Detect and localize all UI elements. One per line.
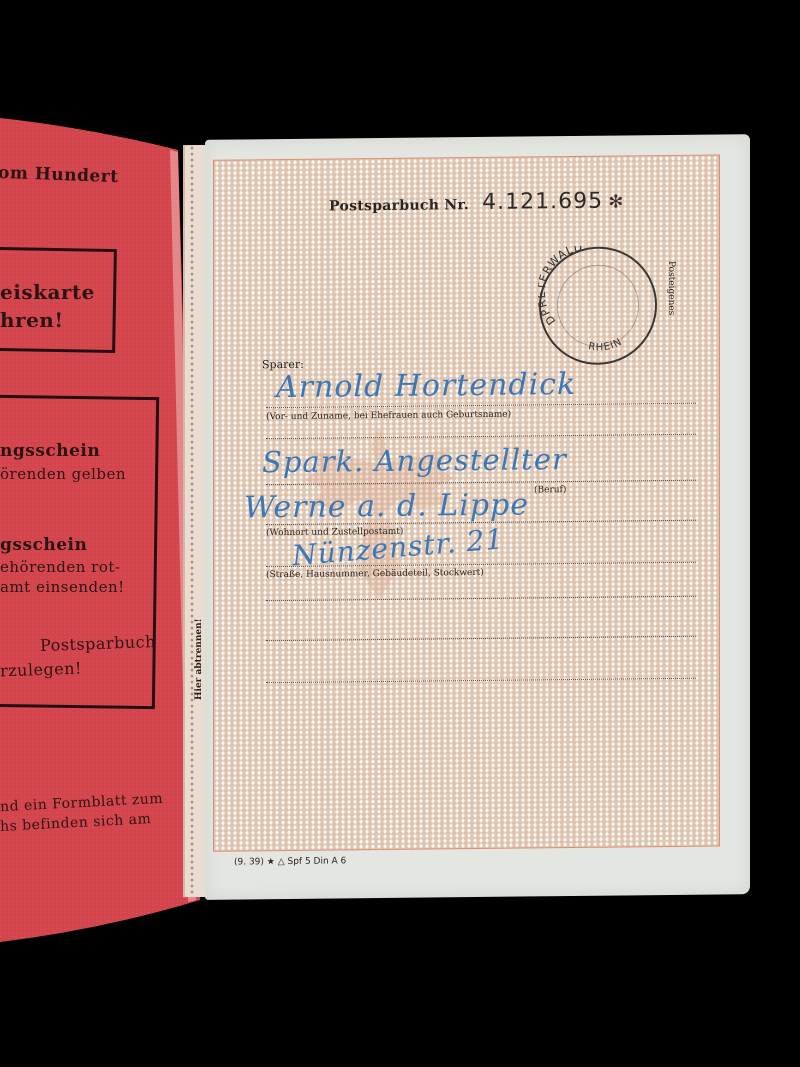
left-page-header-fragment: om Hundert (0, 163, 119, 187)
postmark-stamp: DPRETERWALD RHEIN (539, 246, 657, 365)
blank-dotted-line-4 (266, 678, 696, 684)
passbook-number: 4.121.695 (482, 189, 603, 215)
tear-here-label: Hier abtrennen! (194, 600, 204, 700)
stamp-top-text: DPRETERWALD (538, 245, 584, 327)
box2-heading2: gsschein (0, 535, 87, 555)
box2-line1: örenden gelben (0, 465, 126, 483)
passbook-page: Postsparbuch Nr. 4.121.695 ✻ DPRETERWALD… (205, 134, 750, 900)
passbook-number-label: Postsparbuch Nr. (329, 197, 469, 214)
saver-name-value: Arnold Hortendick (276, 367, 576, 405)
residence-value: Werne a. d. Lippe (244, 487, 529, 525)
stamp-bottom-text: RHEIN (587, 336, 624, 353)
svg-text:DPRETERWALD: DPRETERWALD (538, 245, 584, 327)
perforation-holes (189, 145, 195, 897)
asterisk-icon: ✻ (608, 191, 623, 212)
box2-line5: rzulegen! (0, 659, 82, 681)
form-code: (9. 39) ★ △ Spf 5 Din A 6 (234, 856, 346, 867)
stamp-text-ring: DPRETERWALD RHEIN (538, 245, 656, 364)
passbook-title: Postsparbuch Nr. 4.121.695 ✻ (329, 188, 623, 216)
box2-line4: Postsparbuch (40, 632, 156, 655)
box2-line3: amt einsenden! (0, 578, 125, 596)
blank-dotted-line-3 (266, 636, 696, 642)
name-caption: (Vor- und Zuname, bei Ehefrauen auch Geb… (266, 410, 511, 423)
box2-heading1: ngsschein (0, 441, 100, 461)
stamp-side-text: Posteigenes (666, 261, 676, 315)
profession-value: Spark. Angestellter (262, 442, 567, 479)
security-pattern-area: Postsparbuch Nr. 4.121.695 ✻ DPRETERWALD… (213, 154, 720, 851)
box1-line2: hren! (0, 308, 64, 332)
box1-line1: eiskarte (0, 280, 95, 304)
profession-caption: (Beruf) (534, 485, 566, 495)
svg-text:RHEIN: RHEIN (587, 336, 624, 353)
box2-line2: ehörenden rot- (0, 558, 120, 576)
